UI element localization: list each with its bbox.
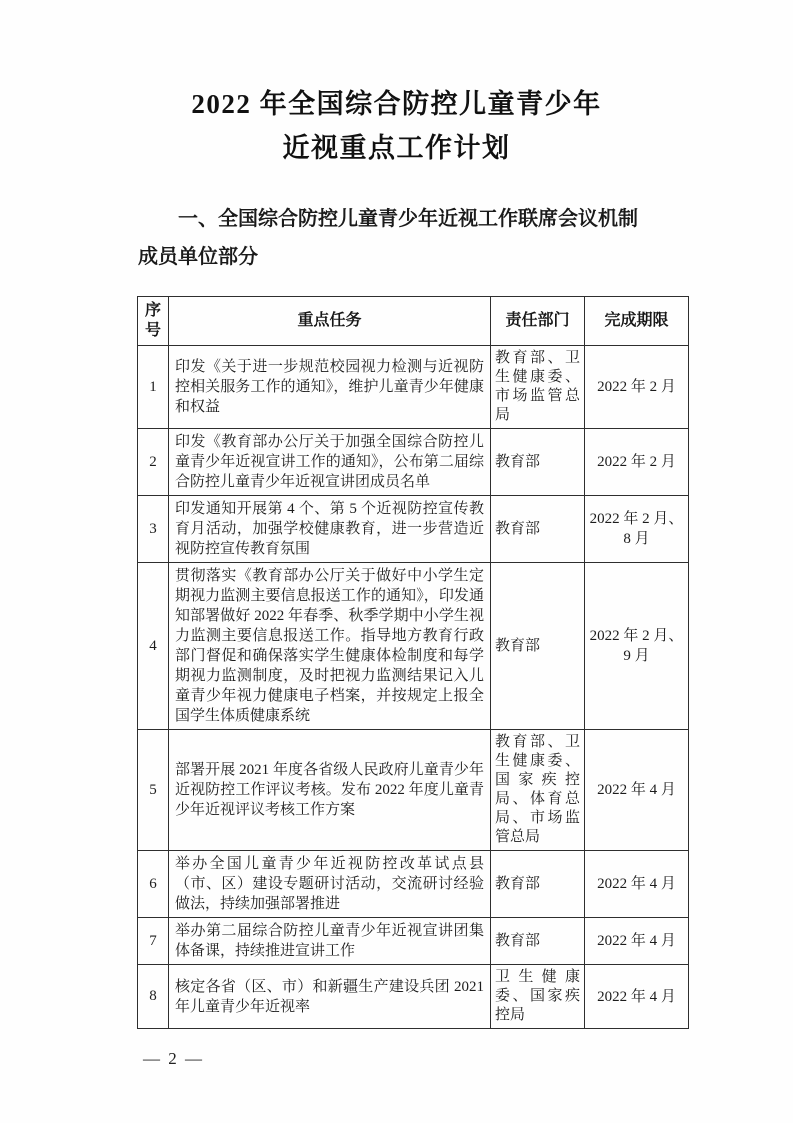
cell-task: 贯彻落实《教育部办公厅关于做好中小学生定期视力监测主要信息报送工作的通知》，印发… [169,563,491,730]
cell-deadline: 2022 年 2 月 [585,346,689,429]
section-heading: 一、全国综合防控儿童青少年近视工作联席会议机制 成员单位部分 [138,200,693,276]
section-heading-line2: 成员单位部分 [138,238,693,276]
cell-department: 教育部 [491,563,585,730]
header-serial-number: 序号 [138,297,169,346]
table-header-row: 序号 重点任务 责任部门 完成期限 [138,297,689,346]
cell-task: 举办第二届综合防控儿童青少年近视宣讲团集体备课，持续推进宣讲工作 [169,918,491,965]
cell-department: 教育部 [491,496,585,563]
header-responsible-department: 责任部门 [491,297,585,346]
document-title-line1: 2022 年全国综合防控儿童青少年 [0,82,793,126]
cell-serial-number: 8 [138,965,169,1029]
cell-deadline: 2022 年 4 月 [585,730,689,851]
section-heading-line1: 一、全国综合防控儿童青少年近视工作联席会议机制 [138,200,693,238]
cell-serial-number: 5 [138,730,169,851]
cell-task: 举办全国儿童青少年近视防控改革试点县（市、区）建设专题研讨活动，交流研讨经验做法… [169,851,491,918]
document-title-line2: 近视重点工作计划 [0,126,793,170]
header-deadline: 完成期限 [585,297,689,346]
cell-serial-number: 2 [138,429,169,496]
document-title: 2022 年全国综合防控儿童青少年 近视重点工作计划 [0,82,793,170]
cell-department: 教育部、卫生健康委、市场监管总局 [491,346,585,429]
cell-department: 教育部 [491,851,585,918]
table-row: 3 印发通知开展第 4 个、第 5 个近视防控宣传教育月活动，加强学校健康教育，… [138,496,689,563]
cell-task: 部署开展 2021 年度各省级人民政府儿童青少年近视防控工作评议考核。发布 20… [169,730,491,851]
cell-deadline: 2022 年 2 月、8 月 [585,496,689,563]
table-row: 1 印发《关于进一步规范校园视力检测与近视防控相关服务工作的通知》，维护儿童青少… [138,346,689,429]
cell-serial-number: 7 [138,918,169,965]
cell-deadline: 2022 年 4 月 [585,918,689,965]
document-page: 2022 年全国综合防控儿童青少年 近视重点工作计划 一、全国综合防控儿童青少年… [0,0,793,1123]
cell-department: 教育部、卫生健康委、国家疾控局、体育总局、市场监管总局 [491,730,585,851]
cell-deadline: 2022 年 4 月 [585,965,689,1029]
cell-department: 卫生健康委、国家疾控局 [491,965,585,1029]
cell-task: 核定各省（区、市）和新疆生产建设兵团 2021 年儿童青少年近视率 [169,965,491,1029]
cell-department: 教育部 [491,918,585,965]
cell-deadline: 2022 年 4 月 [585,851,689,918]
cell-serial-number: 1 [138,346,169,429]
page-number: — 2 — [143,1049,793,1069]
table-row: 4 贯彻落实《教育部办公厅关于做好中小学生定期视力监测主要信息报送工作的通知》，… [138,563,689,730]
table-row: 7 举办第二届综合防控儿童青少年近视宣讲团集体备课，持续推进宣讲工作 教育部 2… [138,918,689,965]
table-row: 6 举办全国儿童青少年近视防控改革试点县（市、区）建设专题研讨活动，交流研讨经验… [138,851,689,918]
table-row: 8 核定各省（区、市）和新疆生产建设兵团 2021 年儿童青少年近视率 卫生健康… [138,965,689,1029]
cell-serial-number: 3 [138,496,169,563]
table-row: 2 印发《教育部办公厅关于加强全国综合防控儿童青少年近视宣讲工作的通知》，公布第… [138,429,689,496]
cell-task: 印发《关于进一步规范校园视力检测与近视防控相关服务工作的通知》，维护儿童青少年健… [169,346,491,429]
cell-department: 教育部 [491,429,585,496]
cell-task: 印发通知开展第 4 个、第 5 个近视防控宣传教育月活动，加强学校健康教育，进一… [169,496,491,563]
table-row: 5 部署开展 2021 年度各省级人民政府儿童青少年近视防控工作评议考核。发布 … [138,730,689,851]
tasks-table: 序号 重点任务 责任部门 完成期限 1 印发《关于进一步规范校园视力检测与近视防… [137,296,689,1029]
cell-serial-number: 4 [138,563,169,730]
cell-serial-number: 6 [138,851,169,918]
cell-deadline: 2022 年 2 月 [585,429,689,496]
header-key-task: 重点任务 [169,297,491,346]
cell-deadline: 2022 年 2 月、9 月 [585,563,689,730]
cell-task: 印发《教育部办公厅关于加强全国综合防控儿童青少年近视宣讲工作的通知》，公布第二届… [169,429,491,496]
